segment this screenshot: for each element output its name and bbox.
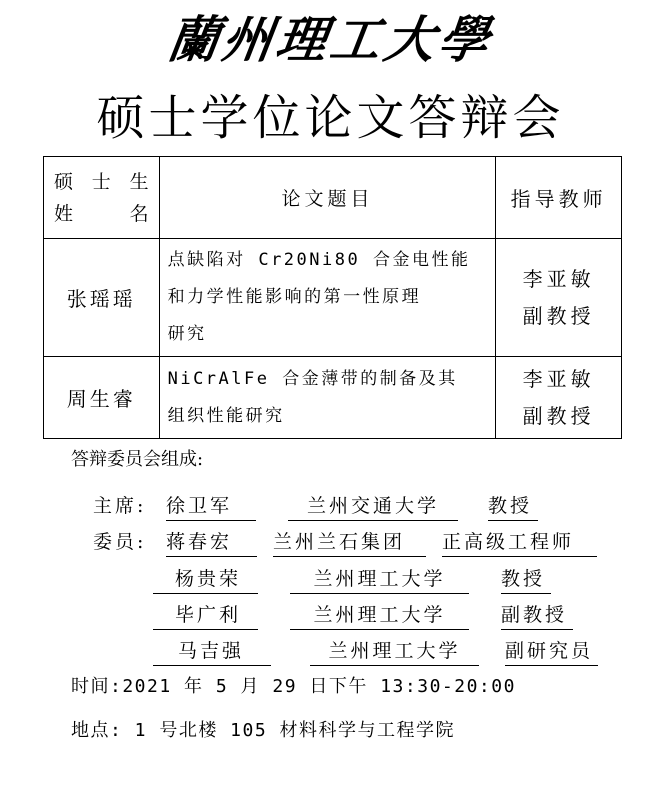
thesis-topic: NiCrAlFe 合金薄带的制备及其 组织性能研究	[159, 357, 496, 439]
defense-time: 时间:2021 年 5 月 29 日下午 13:30-20:00	[71, 673, 516, 701]
table-row: 张瑶瑶 点缺陷对 Cr20Ni80 合金电性能 和力学性能影响的第一性原理 研究…	[44, 239, 622, 357]
table-row: 周生睿 NiCrAlFe 合金薄带的制备及其 组织性能研究 李亚敏 副教授	[44, 357, 622, 439]
header-advisor: 指导教师	[496, 157, 622, 239]
member-name: 徐卫军	[166, 492, 256, 521]
committee-member-row: 马吉强 兰州理工大学 副研究员	[0, 637, 661, 665]
member-name: 杨贵荣	[153, 565, 258, 594]
committee-chair-row: 主席: 徐卫军 兰州交通大学 教授	[0, 492, 661, 520]
table-header-row: 硕 士 生 姓 名 论文题目 指导教师	[44, 157, 622, 239]
committee-member-row: 杨贵荣 兰州理工大学 教授	[0, 565, 661, 593]
thesis-topic: 点缺陷对 Cr20Ni80 合金电性能 和力学性能影响的第一性原理 研究	[159, 239, 496, 357]
member-affiliation: 兰州兰石集团	[273, 528, 426, 557]
member-title: 副研究员	[505, 637, 598, 666]
member-title: 教授	[488, 492, 538, 521]
member-affiliation: 兰州理工大学	[310, 637, 479, 666]
member-name: 毕广利	[153, 601, 258, 630]
member-title: 副教授	[501, 601, 573, 630]
committee-member-row: 委员: 蒋春宏 兰州兰石集团 正高级工程师	[0, 528, 661, 556]
header-student-name: 硕 士 生 姓 名	[44, 157, 160, 239]
member-title: 教授	[501, 565, 551, 594]
defense-location: 地点: 1 号北楼 105 材料科学与工程学院	[71, 717, 455, 745]
defense-table: 硕 士 生 姓 名 论文题目 指导教师 张瑶瑶 点缺陷对 Cr20Ni80 合金…	[43, 156, 622, 439]
member-label: 委员:	[93, 528, 146, 556]
page-title: 硕士学位论文答辩会	[0, 86, 661, 150]
student-name: 张瑶瑶	[44, 239, 160, 357]
chair-label: 主席:	[93, 492, 146, 520]
university-logo: 蘭州理工大學	[0, 8, 661, 72]
committee-label: 答辩委员会组成:	[71, 446, 203, 474]
advisor: 李亚敏 副教授	[496, 239, 622, 357]
member-affiliation: 兰州交通大学	[288, 492, 458, 521]
member-title: 正高级工程师	[442, 528, 597, 557]
student-name: 周生睿	[44, 357, 160, 439]
advisor: 李亚敏 副教授	[496, 357, 622, 439]
committee-member-row: 毕广利 兰州理工大学 副教授	[0, 601, 661, 629]
member-affiliation: 兰州理工大学	[290, 601, 469, 630]
header-topic: 论文题目	[159, 157, 496, 239]
member-name: 马吉强	[153, 637, 271, 666]
member-name: 蒋春宏	[166, 528, 257, 557]
member-affiliation: 兰州理工大学	[290, 565, 469, 594]
